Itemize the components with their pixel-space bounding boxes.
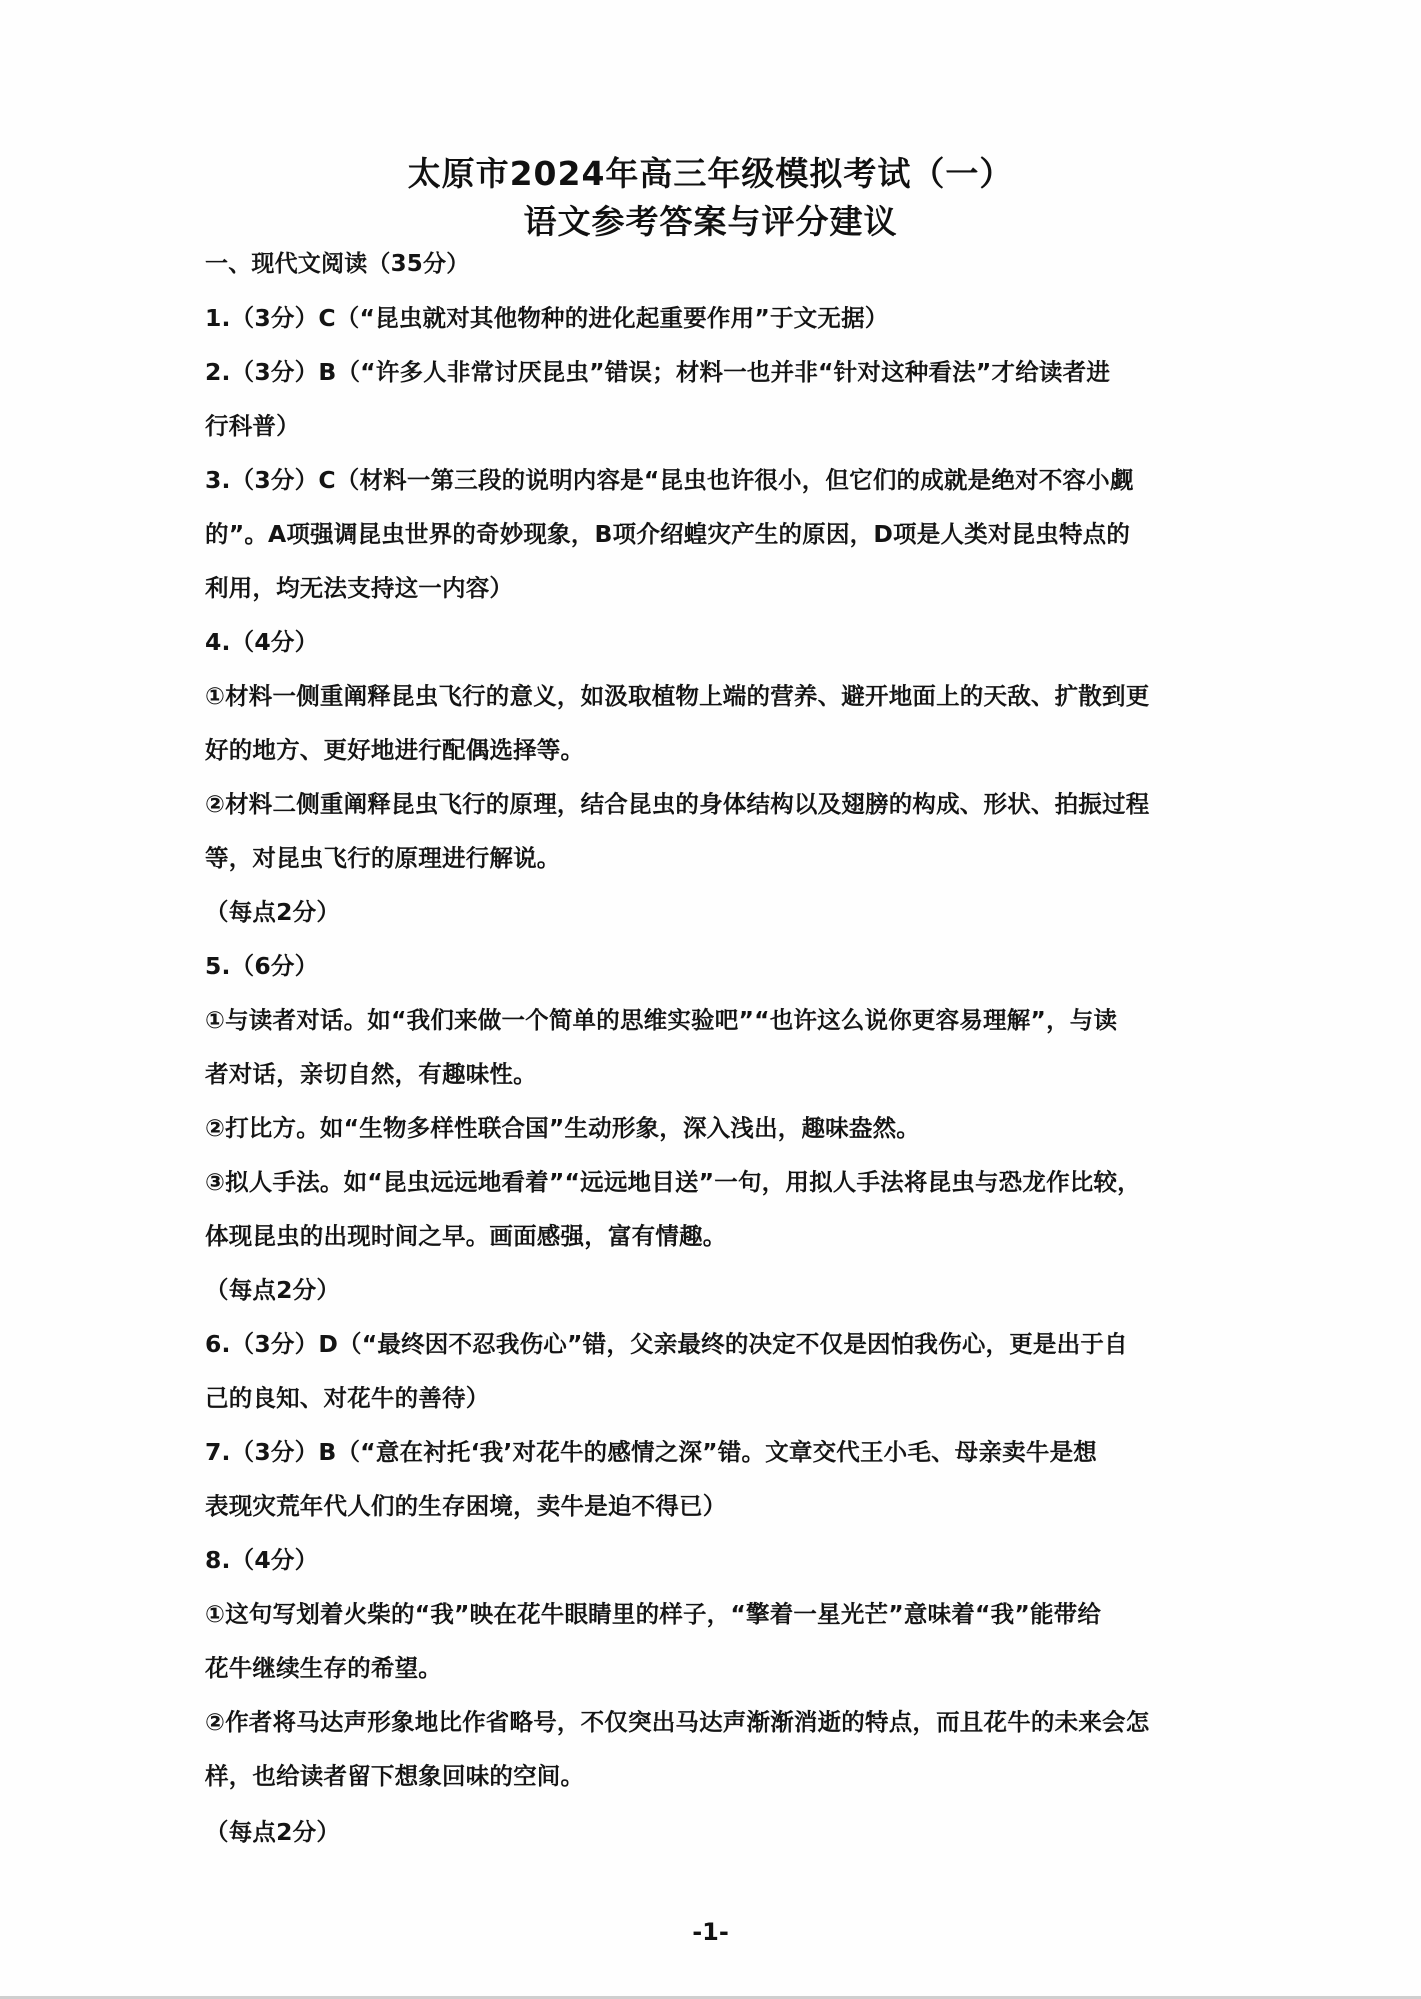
document-subtitle: 语文参考答案与评分建议: [0, 196, 1421, 243]
answer-line: ②材料二侧重阐释昆虫飞行的原理，结合昆虫的身体结构以及翅膀的构成、形状、拍振过程: [205, 789, 1223, 819]
answer-line: 花牛继续生存的希望。: [205, 1653, 1223, 1683]
section-heading: 一、现代文阅读（35分）: [205, 249, 1223, 279]
answer-line: 1.（3分）C（“昆虫就对其他物种的进化起重要作用”于文无据）: [205, 303, 1223, 333]
answer-line: ①这句写划着火柴的“我”映在花牛眼睛里的样子，“擎着一星光芒”意味着“我”能带给: [205, 1599, 1223, 1629]
answer-line: 的”。A项强调昆虫世界的奇妙现象，B项介绍蝗灾产生的原因，D项是人类对昆虫特点的: [205, 519, 1223, 549]
answer-line: 行科普）: [205, 411, 1223, 441]
answer-line: 4.（4分）: [205, 627, 1223, 657]
answer-line: 等，对昆虫飞行的原理进行解说。: [205, 843, 1223, 873]
answer-line: 2.（3分）B（“许多人非常讨厌昆虫”错误；材料一也并非“针对这种看法”才给读者…: [205, 357, 1223, 387]
answer-line: 体现昆虫的出现时间之早。画面感强，富有情趣。: [205, 1221, 1223, 1251]
answer-line: （每点2分）: [205, 1275, 1223, 1305]
answer-line: 8.（4分）: [205, 1545, 1223, 1575]
answer-line: 3.（3分）C（材料一第三段的说明内容是“昆虫也许很小，但它们的成就是绝对不容小…: [205, 465, 1223, 495]
answer-line: （每点2分）: [205, 1817, 1223, 1847]
answer-line: 表现灾荒年代人们的生存困境，卖牛是迫不得已）: [205, 1491, 1223, 1521]
document-page: 太原市2024年高三年级模拟考试（一） 语文参考答案与评分建议 一、现代文阅读（…: [0, 0, 1421, 1999]
answer-line: 好的地方、更好地进行配偶选择等。: [205, 735, 1223, 765]
answer-line: 己的良知、对花牛的善待）: [205, 1383, 1223, 1413]
answer-line: ②打比方。如“生物多样性联合国”生动形象，深入浅出，趣味盎然。: [205, 1113, 1223, 1143]
answer-line: 7.（3分）B（“意在衬托‘我’对花牛的感情之深”错。文章交代王小毛、母亲卖牛是…: [205, 1437, 1223, 1467]
answer-line: 者对话，亲切自然，有趣味性。: [205, 1059, 1223, 1089]
answer-line: 利用，均无法支持这一内容）: [205, 573, 1223, 603]
page-number: -1-: [0, 1918, 1421, 1946]
answer-line: ③拟人手法。如“昆虫远远地看着”“远远地目送”一句，用拟人手法将昆虫与恐龙作比较…: [205, 1167, 1223, 1197]
answer-line: ①材料一侧重阐释昆虫飞行的意义，如汲取植物上端的营养、避开地面上的天敌、扩散到更: [205, 681, 1223, 711]
document-title: 太原市2024年高三年级模拟考试（一）: [0, 148, 1421, 195]
answer-line: （每点2分）: [205, 897, 1223, 927]
answer-line: 5.（6分）: [205, 951, 1223, 981]
answer-line: 6.（3分）D（“最终因不忍我伤心”错，父亲最终的决定不仅是因怕我伤心，更是出于…: [205, 1329, 1223, 1359]
answer-line: 样，也给读者留下想象回味的空间。: [205, 1761, 1223, 1791]
answer-line: ②作者将马达声形象地比作省略号，不仅突出马达声渐渐消逝的特点，而且花牛的未来会怎: [205, 1707, 1223, 1737]
answer-line: ①与读者对话。如“我们来做一个简单的思维实验吧”“也许这么说你更容易理解”，与读: [205, 1005, 1223, 1035]
